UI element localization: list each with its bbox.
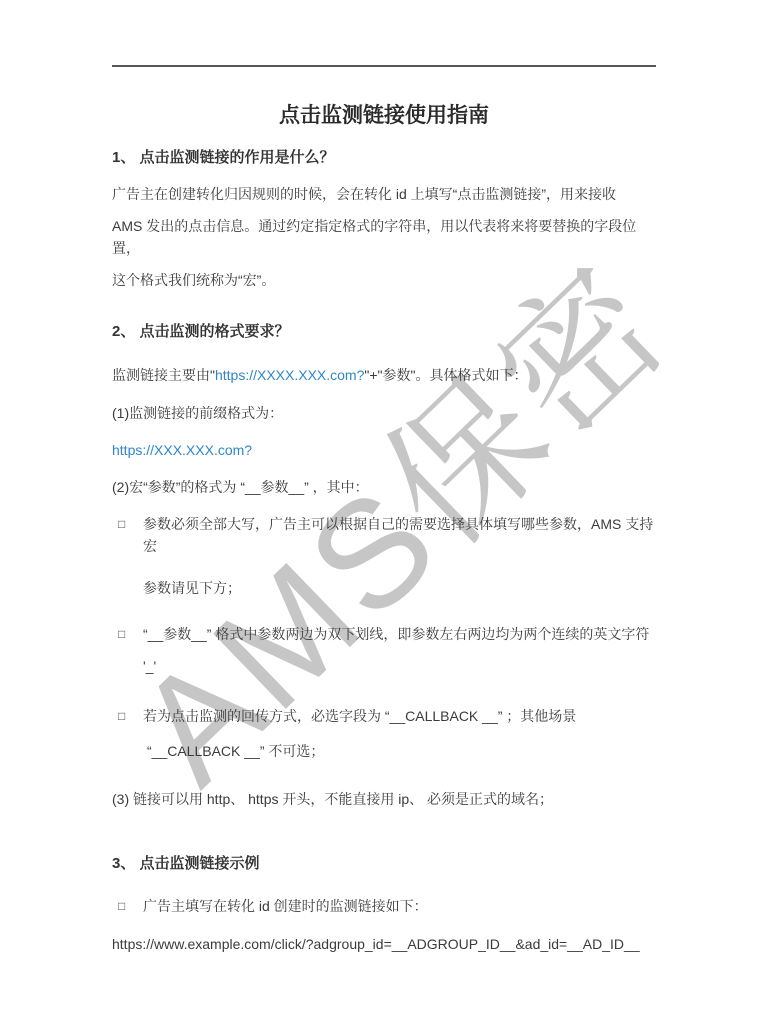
- paragraph-line: AMS 发出的点击信息。通过约定指定格式的字符串，用以代表将来将要替换的字段位置…: [112, 215, 656, 259]
- document-page: AMS保密 点击监测链接使用指南 1、 点击监测链接的作用是什么？ 广告主在创建…: [0, 0, 768, 1024]
- square-bullet-icon: □: [112, 513, 143, 535]
- header-rule: [112, 65, 656, 67]
- section-2-heading: 2、 点击监测的格式要求？: [112, 321, 656, 343]
- inline-url-link[interactable]: https://XXXX.XXX.com?: [215, 367, 364, 383]
- bullet-text: “__参数__” 格式中参数两边为双下划线，即参数左右两边均为两个连续的英文字符: [143, 623, 656, 645]
- square-bullet-icon: □: [112, 623, 143, 645]
- format-intro-line: 监测链接主要由"https://XXXX.XXX.com?"+"参数"。具体格式…: [112, 364, 656, 386]
- paragraph-line: 这个格式我们统称为“宏”。: [112, 269, 656, 291]
- prefix-url-link[interactable]: https://XXX.XXX.com?: [112, 442, 252, 458]
- bullet-item: □ 若为点击监测的回传方式，必选字段为 “__CALLBACK __” ；其他场…: [112, 705, 656, 727]
- bullet-text-continued: “__CALLBACK __” 不可选；: [147, 740, 656, 762]
- http-requirement-line: (3) 链接可以用 http、 https 开头，不能直接用 ip、 必须是正式…: [112, 788, 656, 810]
- bullet-text: 广告主填写在转化 id 创建时的监测链接如下：: [143, 895, 656, 917]
- bullet-text-continued: '_': [143, 655, 656, 677]
- macro-format-line: (2)宏“参数”的格式为 “__参数__” ，其中：: [112, 476, 656, 498]
- prefix-format-label: (1)监测链接的前缀格式为：: [112, 402, 656, 424]
- square-bullet-icon: □: [112, 705, 143, 727]
- page-title: 点击监测链接使用指南: [112, 100, 656, 132]
- example-url: https://www.example.com/click/?adgroup_i…: [112, 933, 656, 955]
- bullet-text: 若为点击监测的回传方式，必选字段为 “__CALLBACK __” ；其他场景: [143, 705, 656, 727]
- document-content: 点击监测链接使用指南 1、 点击监测链接的作用是什么？ 广告主在创建转化归因规则…: [0, 65, 768, 955]
- prefix-url-row: https://XXX.XXX.com?: [112, 439, 656, 461]
- bullet-item: □ “__参数__” 格式中参数两边为双下划线，即参数左右两边均为两个连续的英文…: [112, 623, 656, 645]
- bullet-text-continued: 参数请见下方；: [143, 577, 656, 599]
- section-1-heading: 1、 点击监测链接的作用是什么？: [112, 147, 656, 169]
- bullet-text: 参数必须全部大写，广告主可以根据自己的需要选择具体填写哪些参数，AMS 支持宏: [143, 513, 656, 557]
- section-3-heading: 3、 点击监测链接示例: [112, 853, 656, 875]
- format-intro-suffix: "+"参数"。具体格式如下：: [364, 367, 527, 383]
- paragraph-line: 广告主在创建转化归因规则的时候，会在转化 id 上填写“点击监测链接”，用来接收: [112, 183, 656, 205]
- example-intro-bullet: □ 广告主填写在转化 id 创建时的监测链接如下：: [112, 895, 656, 917]
- square-bullet-icon: □: [112, 895, 143, 917]
- bullet-item: □ 参数必须全部大写，广告主可以根据自己的需要选择具体填写哪些参数，AMS 支持…: [112, 513, 656, 557]
- format-intro-prefix: 监测链接主要由": [112, 367, 215, 383]
